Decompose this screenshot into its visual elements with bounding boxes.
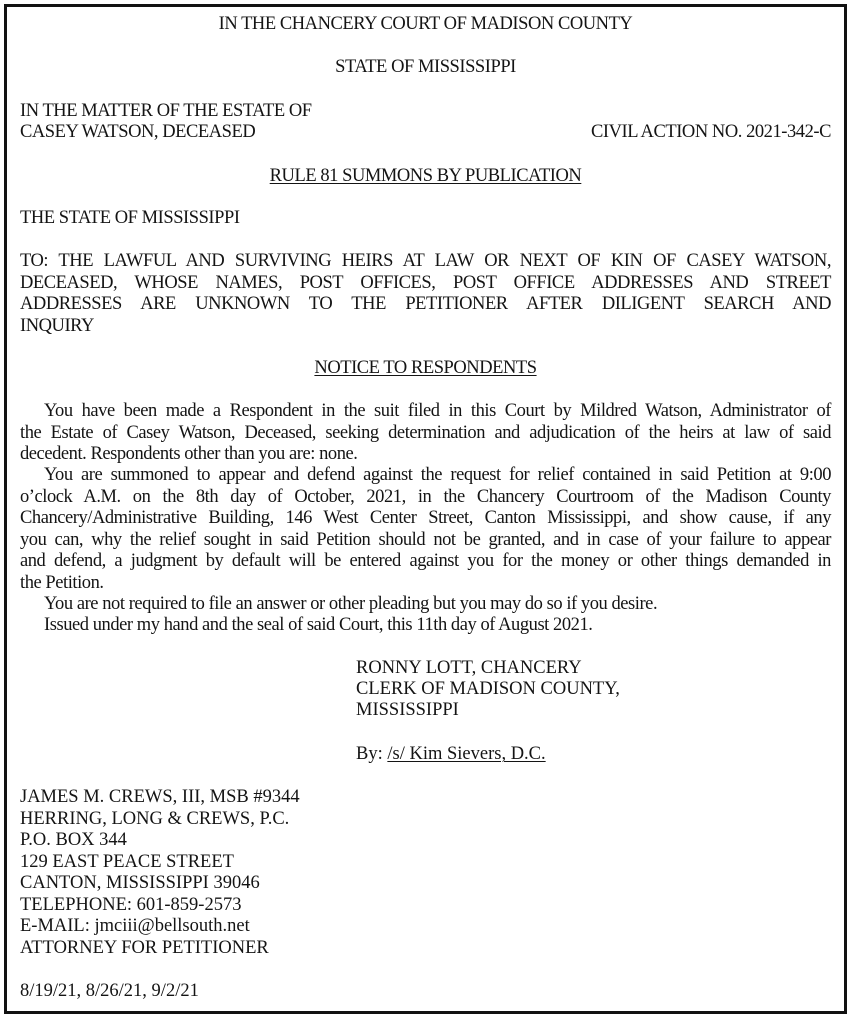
law-firm: HERRING, LONG & CREWS, P.C. bbox=[20, 809, 300, 831]
paragraph-1: You have been made a Respondent in the s… bbox=[20, 401, 831, 466]
to-line-4: INQUIRY bbox=[20, 316, 831, 338]
attorney-block: JAMES M. CREWS, III, MSB #9344 HERRING, … bbox=[20, 787, 300, 959]
clerk-line-1: RONNY LOTT, CHANCERY bbox=[356, 658, 582, 680]
attorney-name: JAMES M. CREWS, III, MSB #9344 bbox=[20, 787, 300, 809]
state-line: THE STATE OF MISSISSIPPI bbox=[20, 208, 831, 230]
p1-line-2: the Estate of Casey Watson, Deceased, se… bbox=[20, 423, 831, 445]
state-name: STATE OF MISSISSIPPI bbox=[20, 57, 831, 79]
attorney-role: ATTORNEY FOR PETITIONER bbox=[20, 938, 300, 960]
publication-dates: 8/19/21, 8/26/21, 9/2/21 bbox=[20, 981, 831, 1003]
clerk-line-2: CLERK OF MADISON COUNTY, bbox=[356, 679, 620, 701]
p1-line-1: You have been made a Respondent in the s… bbox=[20, 401, 831, 423]
p2-line-2: o’clock A.M. on the 8th day of October, … bbox=[20, 487, 831, 509]
p2-line-1: You are summoned to appear and defend ag… bbox=[20, 465, 831, 487]
clerk-signature: /s/ Kim Sievers, D.C. bbox=[387, 744, 545, 764]
document-title: RULE 81 SUMMONS BY PUBLICATION bbox=[20, 166, 831, 188]
clerk-line-3: MISSISSIPPI bbox=[356, 700, 459, 722]
by-label: By: bbox=[356, 744, 387, 764]
email: E-MAIL: jmciii@bellsouth.net bbox=[20, 916, 300, 938]
p2-line-5: and defend, a judgment by default will b… bbox=[20, 551, 831, 573]
clerk-signature-line: By: /s/ Kim Sievers, D.C. bbox=[356, 744, 546, 766]
matter-line-1: IN THE MATTER OF THE ESTATE OF bbox=[20, 101, 831, 123]
notice-heading-text: NOTICE TO RESPONDENTS bbox=[314, 358, 536, 378]
to-line-3: ADDRESSES ARE UNKNOWN TO THE PETITIONER … bbox=[20, 294, 831, 316]
p2-line-3: Chancery/Administrative Building, 146 We… bbox=[20, 508, 831, 530]
p1-line-3: decedent. Respondents other than you are… bbox=[20, 444, 831, 466]
p2-line-6: the Petition. bbox=[20, 573, 831, 595]
paragraph-2: You are summoned to appear and defend ag… bbox=[20, 465, 831, 594]
to-line-1: TO: THE LAWFUL AND SURVIVING HEIRS AT LA… bbox=[20, 251, 831, 273]
p2-line-4: you can, why the relief sought in said P… bbox=[20, 530, 831, 552]
po-box: P.O. BOX 344 bbox=[20, 830, 300, 852]
telephone: TELEPHONE: 601-859-2573 bbox=[20, 895, 300, 917]
paragraph-4: Issued under my hand and the seal of sai… bbox=[20, 615, 850, 637]
document-title-text: RULE 81 SUMMONS BY PUBLICATION bbox=[270, 166, 582, 186]
to-line-2: DECEASED, WHOSE NAMES, POST OFFICES, POS… bbox=[20, 273, 831, 295]
civil-action-number: CIVIL ACTION NO. 2021-342-C bbox=[591, 122, 831, 144]
notice-heading: NOTICE TO RESPONDENTS bbox=[20, 358, 831, 380]
street-address: 129 EAST PEACE STREET bbox=[20, 852, 300, 874]
court-name: IN THE CHANCERY COURT OF MADISON COUNTY bbox=[20, 14, 831, 36]
paragraph-3: You are not required to file an answer o… bbox=[20, 594, 850, 616]
city-state-zip: CANTON, MISSISSIPPI 39046 bbox=[20, 873, 300, 895]
to-block: TO: THE LAWFUL AND SURVIVING HEIRS AT LA… bbox=[20, 251, 831, 337]
